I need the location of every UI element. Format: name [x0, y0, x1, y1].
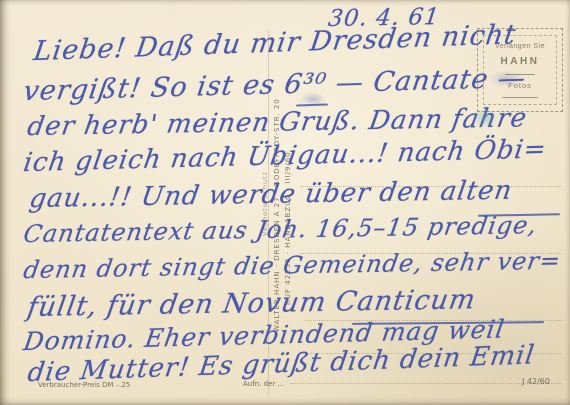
message-line: gau...!! Und werde über den alten — [27, 176, 514, 215]
footer-price-text: Verbraucher-Preis DM –.25 — [38, 381, 130, 389]
footer-credit-text: Aufn. der … — [243, 380, 284, 388]
stamp-rule — [502, 97, 538, 98]
footer-code-text: J 42/60 — [522, 377, 550, 386]
ink-smudge — [300, 92, 326, 106]
message-line: vergißt! So ist es 6³⁰ — Cantate — — [21, 63, 528, 107]
message-line: Cantatentext aus Joh. 16,5–15 predige, — [22, 211, 540, 248]
message-line: Liebe! Daß du mir Dresden nicht — [32, 19, 519, 67]
postcard-back: WALTER HAHN · DRESDEN A 27 · GODEFFROY-S… — [0, 0, 570, 405]
ink-smudge — [488, 70, 524, 88]
teal-smudge — [472, 108, 498, 128]
message-line: denn dort singt die Gemeinde, sehr ver= — [22, 247, 564, 284]
